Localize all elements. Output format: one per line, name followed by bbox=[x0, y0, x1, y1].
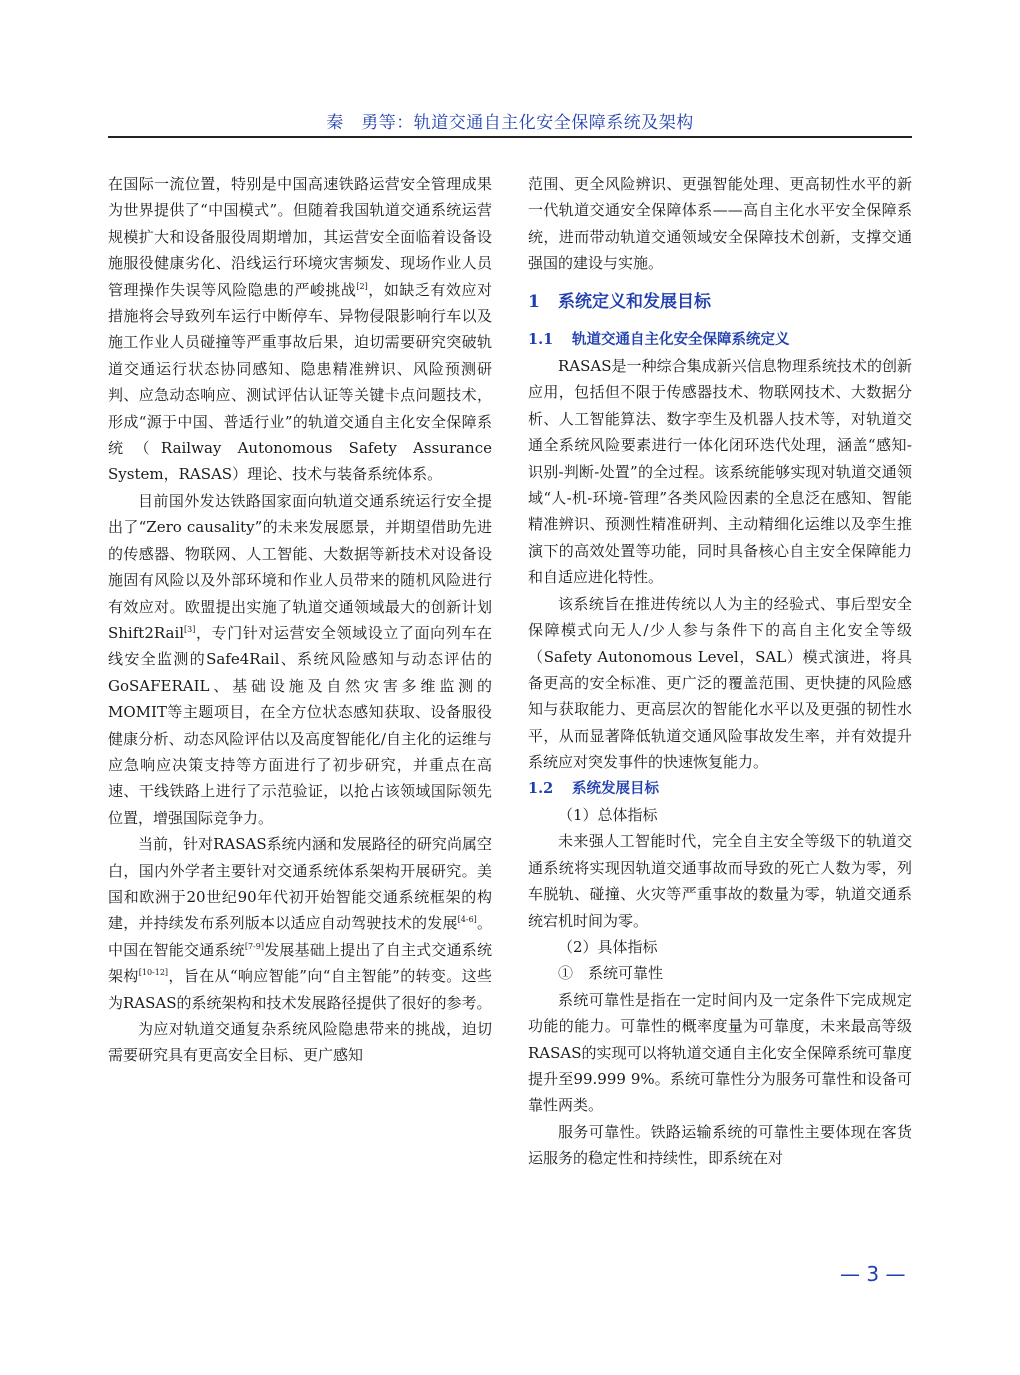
citation: [10-12] bbox=[139, 968, 168, 977]
left-column: 在国际一流位置，特别是中国高速铁路运营安全管理成果为世界提供了“中国模式”。但随… bbox=[108, 171, 492, 1069]
citation: [3] bbox=[184, 625, 195, 634]
paragraph: 为应对轨道交通复杂系统风险隐患带来的挑战，迫切需要研究具有更高安全目标、更广感知 bbox=[108, 1016, 492, 1069]
list-item-reliability: ① 系统可靠性 bbox=[528, 960, 912, 986]
header-rule bbox=[108, 136, 912, 138]
paragraph: 服务可靠性。铁路运输系统的可靠性主要体现在客货运服务的稳定性和持续性，即系统在对 bbox=[528, 1119, 912, 1172]
page-number: — 3 — bbox=[840, 1262, 905, 1286]
section-heading-1-1: 1.1轨道交通自主化安全保障系统定义 bbox=[528, 327, 912, 353]
header-author: 秦 勇等 bbox=[326, 113, 396, 133]
paragraph: 系统可靠性是指在一定时间内及一定条件下完成规定功能的能力。可靠性的概率度量为可靠… bbox=[528, 987, 912, 1119]
list-item-overall: （1）总体指标 bbox=[528, 802, 912, 828]
header-separator: ： bbox=[396, 113, 414, 133]
paragraph: RASAS是一种综合集成新兴信息物理系统技术的创新应用，包括但不限于传感器技术、… bbox=[528, 353, 912, 591]
citation: [4-6] bbox=[458, 915, 477, 924]
paragraph: 未来强人工智能时代，完全自主安全等级下的轨道交通系统将实现因轨道交通事故而导致的… bbox=[528, 828, 912, 934]
paragraph: 当前，针对RASAS系统内涵和发展路径的研究尚属空白，国内外学者主要针对交通系统… bbox=[108, 831, 492, 1016]
paragraph: 在国际一流位置，特别是中国高速铁路运营安全管理成果为世界提供了“中国模式”。但随… bbox=[108, 171, 492, 488]
section-heading-1: 1系统定义和发展目标 bbox=[528, 289, 912, 315]
running-header: 秦 勇等：轨道交通自主化安全保障系统及架构 bbox=[108, 108, 912, 133]
citation: [2] bbox=[356, 282, 367, 291]
citation: [7-9] bbox=[245, 942, 264, 951]
paragraph: 该系统旨在推进传统以人为主的经验式、事后型安全保障模式向无人/少人参与条件下的高… bbox=[528, 591, 912, 776]
paragraph: 范围、更全风险辨识、更强智能处理、更高韧性水平的新一代轨道交通安全保障体系——高… bbox=[528, 171, 912, 277]
list-item-specific: （2）具体指标 bbox=[528, 934, 912, 960]
header-title: 轨道交通自主化安全保障系统及架构 bbox=[414, 113, 694, 133]
paragraph: 目前国外发达铁路国家面向轨道交通系统运行安全提出了“Zero causality… bbox=[108, 488, 492, 831]
section-heading-1-2: 1.2系统发展目标 bbox=[528, 776, 912, 802]
right-column: 范围、更全风险辨识、更强智能处理、更高韧性水平的新一代轨道交通安全保障体系——高… bbox=[528, 171, 912, 1172]
